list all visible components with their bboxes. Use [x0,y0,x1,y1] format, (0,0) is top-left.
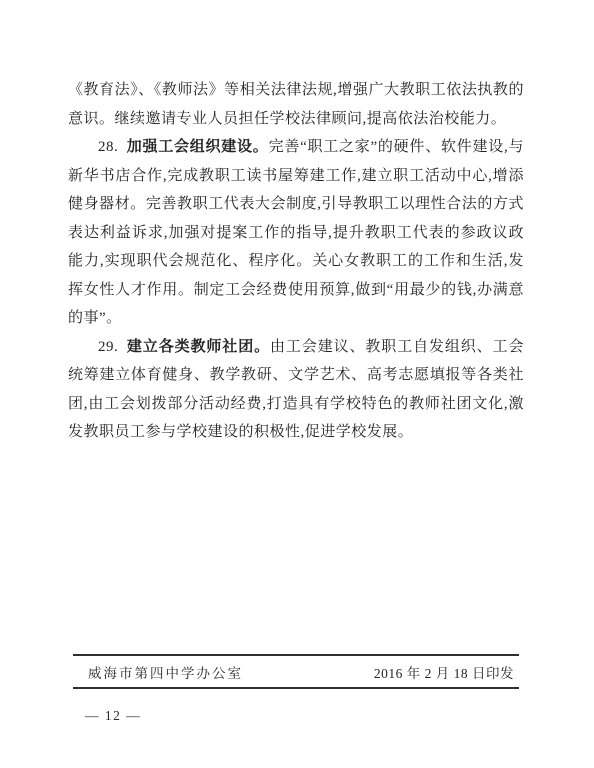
item-heading: 加强工会组织建设。 [127,139,269,155]
document-page: 《教育法》、《教师法》等相关法律法规,增强广大教职工依法执教的意识。继续邀请专业… [0,0,594,768]
paragraph-text: 完善“职工之家”的硬件、软件建设,与新华书店合作,完成教职工读书屋筹建工作,建立… [68,139,524,326]
paragraph-text: 《教育法》、《教师法》等相关法律法规,增强广大教职工依法执教的意识。继续邀请专业… [68,82,524,127]
paragraph-item-29: 29.建立各类教师社团。由工会建议、教职工自发组织、工会统筹建立体育健身、教学教… [68,333,524,447]
item-number: 29. [98,339,118,355]
footer-print-date: 2016 年 2 月 18 日印发 [374,662,514,682]
item-number: 28. [98,139,118,155]
document-footer: 威海市第四中学办公室 2016 年 2 月 18 日印发 [73,654,519,689]
footer-row: 威海市第四中学办公室 2016 年 2 月 18 日印发 [73,656,519,687]
paragraph-item-28: 28.加强工会组织建设。完善“职工之家”的硬件、软件建设,与新华书店合作,完成教… [68,133,524,333]
footer-issuer: 威海市第四中学办公室 [88,662,243,682]
page-number: — 12 — [85,708,141,724]
footer-divider-bottom [73,687,519,689]
document-body: 《教育法》、《教师法》等相关法律法规,增强广大教职工依法执教的意识。继续邀请专业… [68,76,524,447]
paragraph-continuation: 《教育法》、《教师法》等相关法律法规,增强广大教职工依法执教的意识。继续邀请专业… [68,76,524,133]
item-heading: 建立各类教师社团。 [127,339,271,355]
